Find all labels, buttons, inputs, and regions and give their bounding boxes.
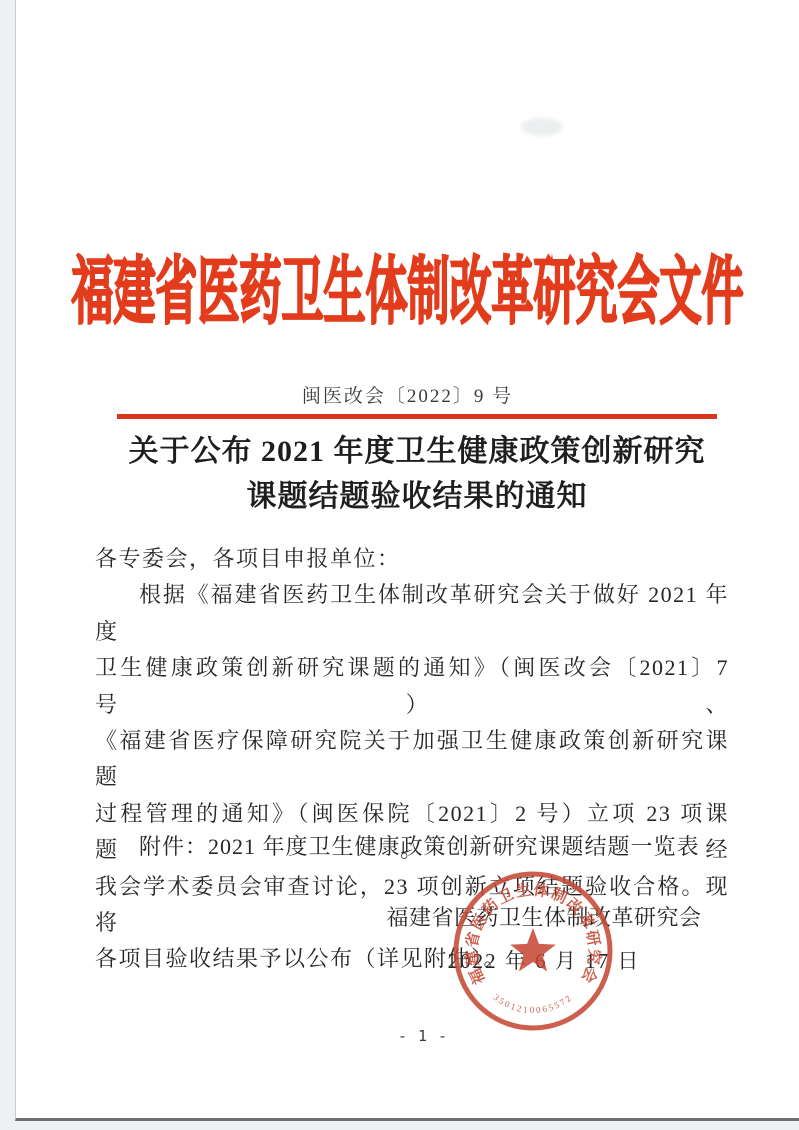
- notice-title: 关于公布 2021 年度卫生健康政策创新研究 课题结题验收结果的通知: [117, 429, 717, 519]
- document-number: 闽医改会〔2022〕9 号: [16, 381, 799, 408]
- seal-code: 3501210065572: [492, 992, 575, 1015]
- notice-title-line1: 关于公布 2021 年度卫生健康政策创新研究: [117, 429, 717, 474]
- body-line: 卫生健康政策创新研究课题的通知》（闽医改会〔2021〕7 号）、: [95, 650, 729, 723]
- attachment-line: 附件：2021 年度卫生健康政策创新研究课题结题一览表: [95, 830, 729, 861]
- page-number: - 1 -: [388, 1027, 458, 1045]
- official-seal: 福建省医药卫生体制改革研究会 3501210065572: [448, 866, 618, 1036]
- body-line: 根据《福建省医药卫生体制改革研究会关于做好 2021 年度: [95, 577, 729, 650]
- document-page: 福建省医药卫生体制改革研究会文件 闽医改会〔2022〕9 号 关于公布 2021…: [15, 0, 799, 1121]
- salutation: 各专委会，各项目申报单位：: [95, 541, 729, 577]
- notice-title-line2: 课题结题验收结果的通知: [117, 474, 717, 519]
- seal-star: [510, 928, 556, 971]
- body-line: 《福建省医疗保障研究院关于加强卫生健康政策创新研究课题: [95, 723, 729, 796]
- header-divider-rule: [117, 414, 717, 419]
- scan-artifact: [521, 118, 563, 136]
- red-header-org-title: 福建省医药卫生体制改革研究会文件: [16, 257, 799, 331]
